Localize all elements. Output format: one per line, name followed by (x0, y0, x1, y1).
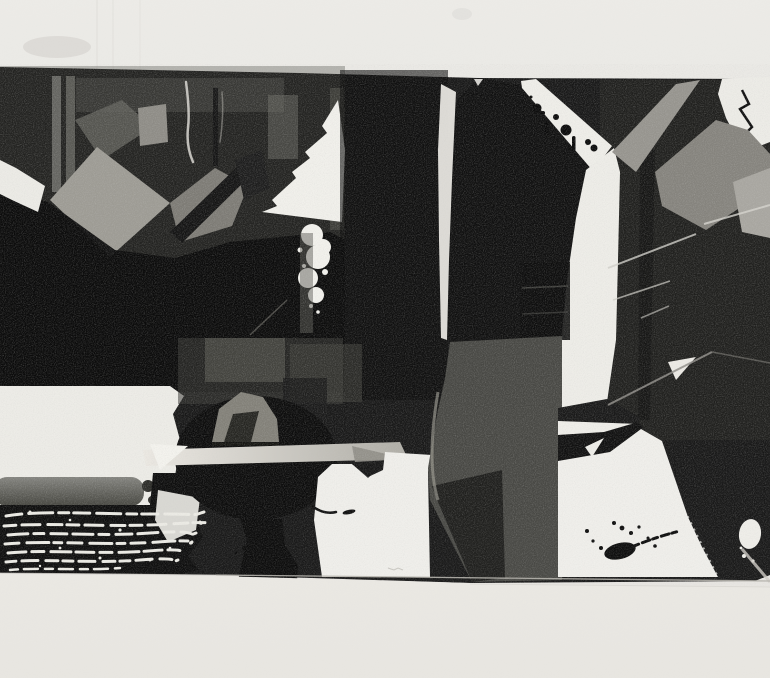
collage-shapes-layer (0, 0, 770, 678)
collage-canvas (0, 0, 770, 678)
photocopy-collage (0, 0, 770, 678)
paper-grain (0, 0, 770, 678)
